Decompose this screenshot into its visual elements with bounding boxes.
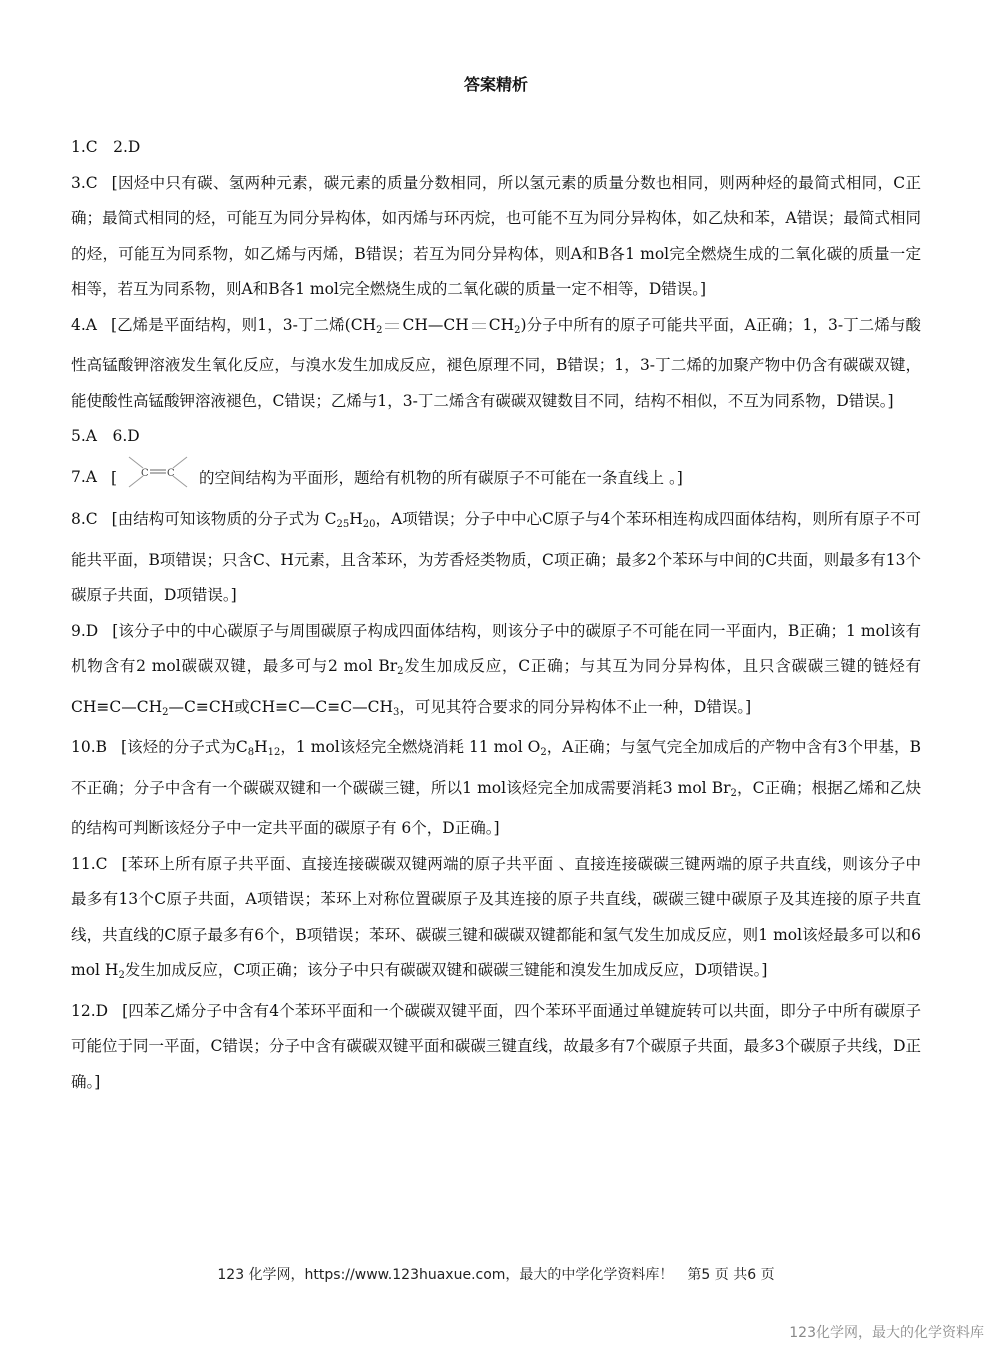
answer-12: 12.D[四苯乙烯分子中含有4个苯环平面和一个碳碳双键平面，四个苯环平面通过单键… bbox=[71, 994, 921, 1101]
answer-list: 1.C 2.D 3.C[因烃中只有碳、氢两种元素，碳元素的质量分数相同，所以氢元… bbox=[71, 130, 921, 1100]
answer-explanation: [四苯乙烯分子中含有4个苯环平面和一个碳碳双键平面，四个苯环平面通过单键旋转可以… bbox=[71, 1002, 921, 1091]
answer-9: 9.D[该分子中的中心碳原子与周围碳原子构成四面体结构，则该分子中的碳原子不可能… bbox=[71, 614, 921, 731]
double-bond-icon bbox=[385, 323, 399, 329]
answer-number: 11.C bbox=[71, 855, 108, 873]
answer-1-2: 1.C 2.D bbox=[71, 130, 921, 166]
answer-3: 3.C[因烃中只有碳、氢两种元素，碳元素的质量分数相同，所以氢元素的质量分数也相… bbox=[71, 166, 921, 308]
answer-number: 12.D bbox=[71, 1002, 108, 1020]
answer-5-6: 5.A 6.D bbox=[71, 419, 921, 455]
answer-number: 3.C bbox=[71, 174, 98, 192]
watermark: 123化学网，最大的化学资料库 bbox=[789, 1322, 984, 1342]
page-title: 答案精析 bbox=[0, 72, 992, 95]
answer-explanation: [因烃中只有碳、氢两种元素，碳元素的质量分数相同，所以氢元素的质量分数也相同，则… bbox=[71, 174, 921, 299]
answer-7: 7.A[CC的空间结构为平面形，题给有机物的所有碳原子不可能在一条直线上 。] bbox=[71, 455, 921, 503]
double-bond-icon bbox=[472, 323, 486, 329]
answer-number: 4.A bbox=[71, 316, 97, 334]
answer-4: 4.A[乙烯是平面结构，则1，3-丁二烯(CH2CH—CHCH2)分子中所有的原… bbox=[71, 308, 921, 420]
ethylene-structure-icon: CC bbox=[123, 455, 193, 503]
answer-10: 10.B[该烃的分子式为C8H12，1 mol该烃完全燃烧消耗 11 mol O… bbox=[71, 730, 921, 847]
page-footer: 123 化学网，https://www.123huaxue.com，最大的中学化… bbox=[0, 1264, 992, 1284]
answer-11: 11.C[苯环上所有原子共平面、直接连接碳碳双键两端的原子共平面 、直接连接碳碳… bbox=[71, 847, 921, 994]
answer-number: 10.B bbox=[71, 738, 107, 756]
svg-text:C: C bbox=[167, 468, 175, 479]
answer-number: 8.C bbox=[71, 510, 98, 528]
answer-number: 7.A bbox=[71, 468, 97, 486]
answer-number: 9.D bbox=[71, 622, 98, 640]
answer-8: 8.C[由结构可知该物质的分子式为 C25H20，A项错误；分子中中心C原子与4… bbox=[71, 502, 921, 614]
svg-text:C: C bbox=[141, 468, 149, 479]
